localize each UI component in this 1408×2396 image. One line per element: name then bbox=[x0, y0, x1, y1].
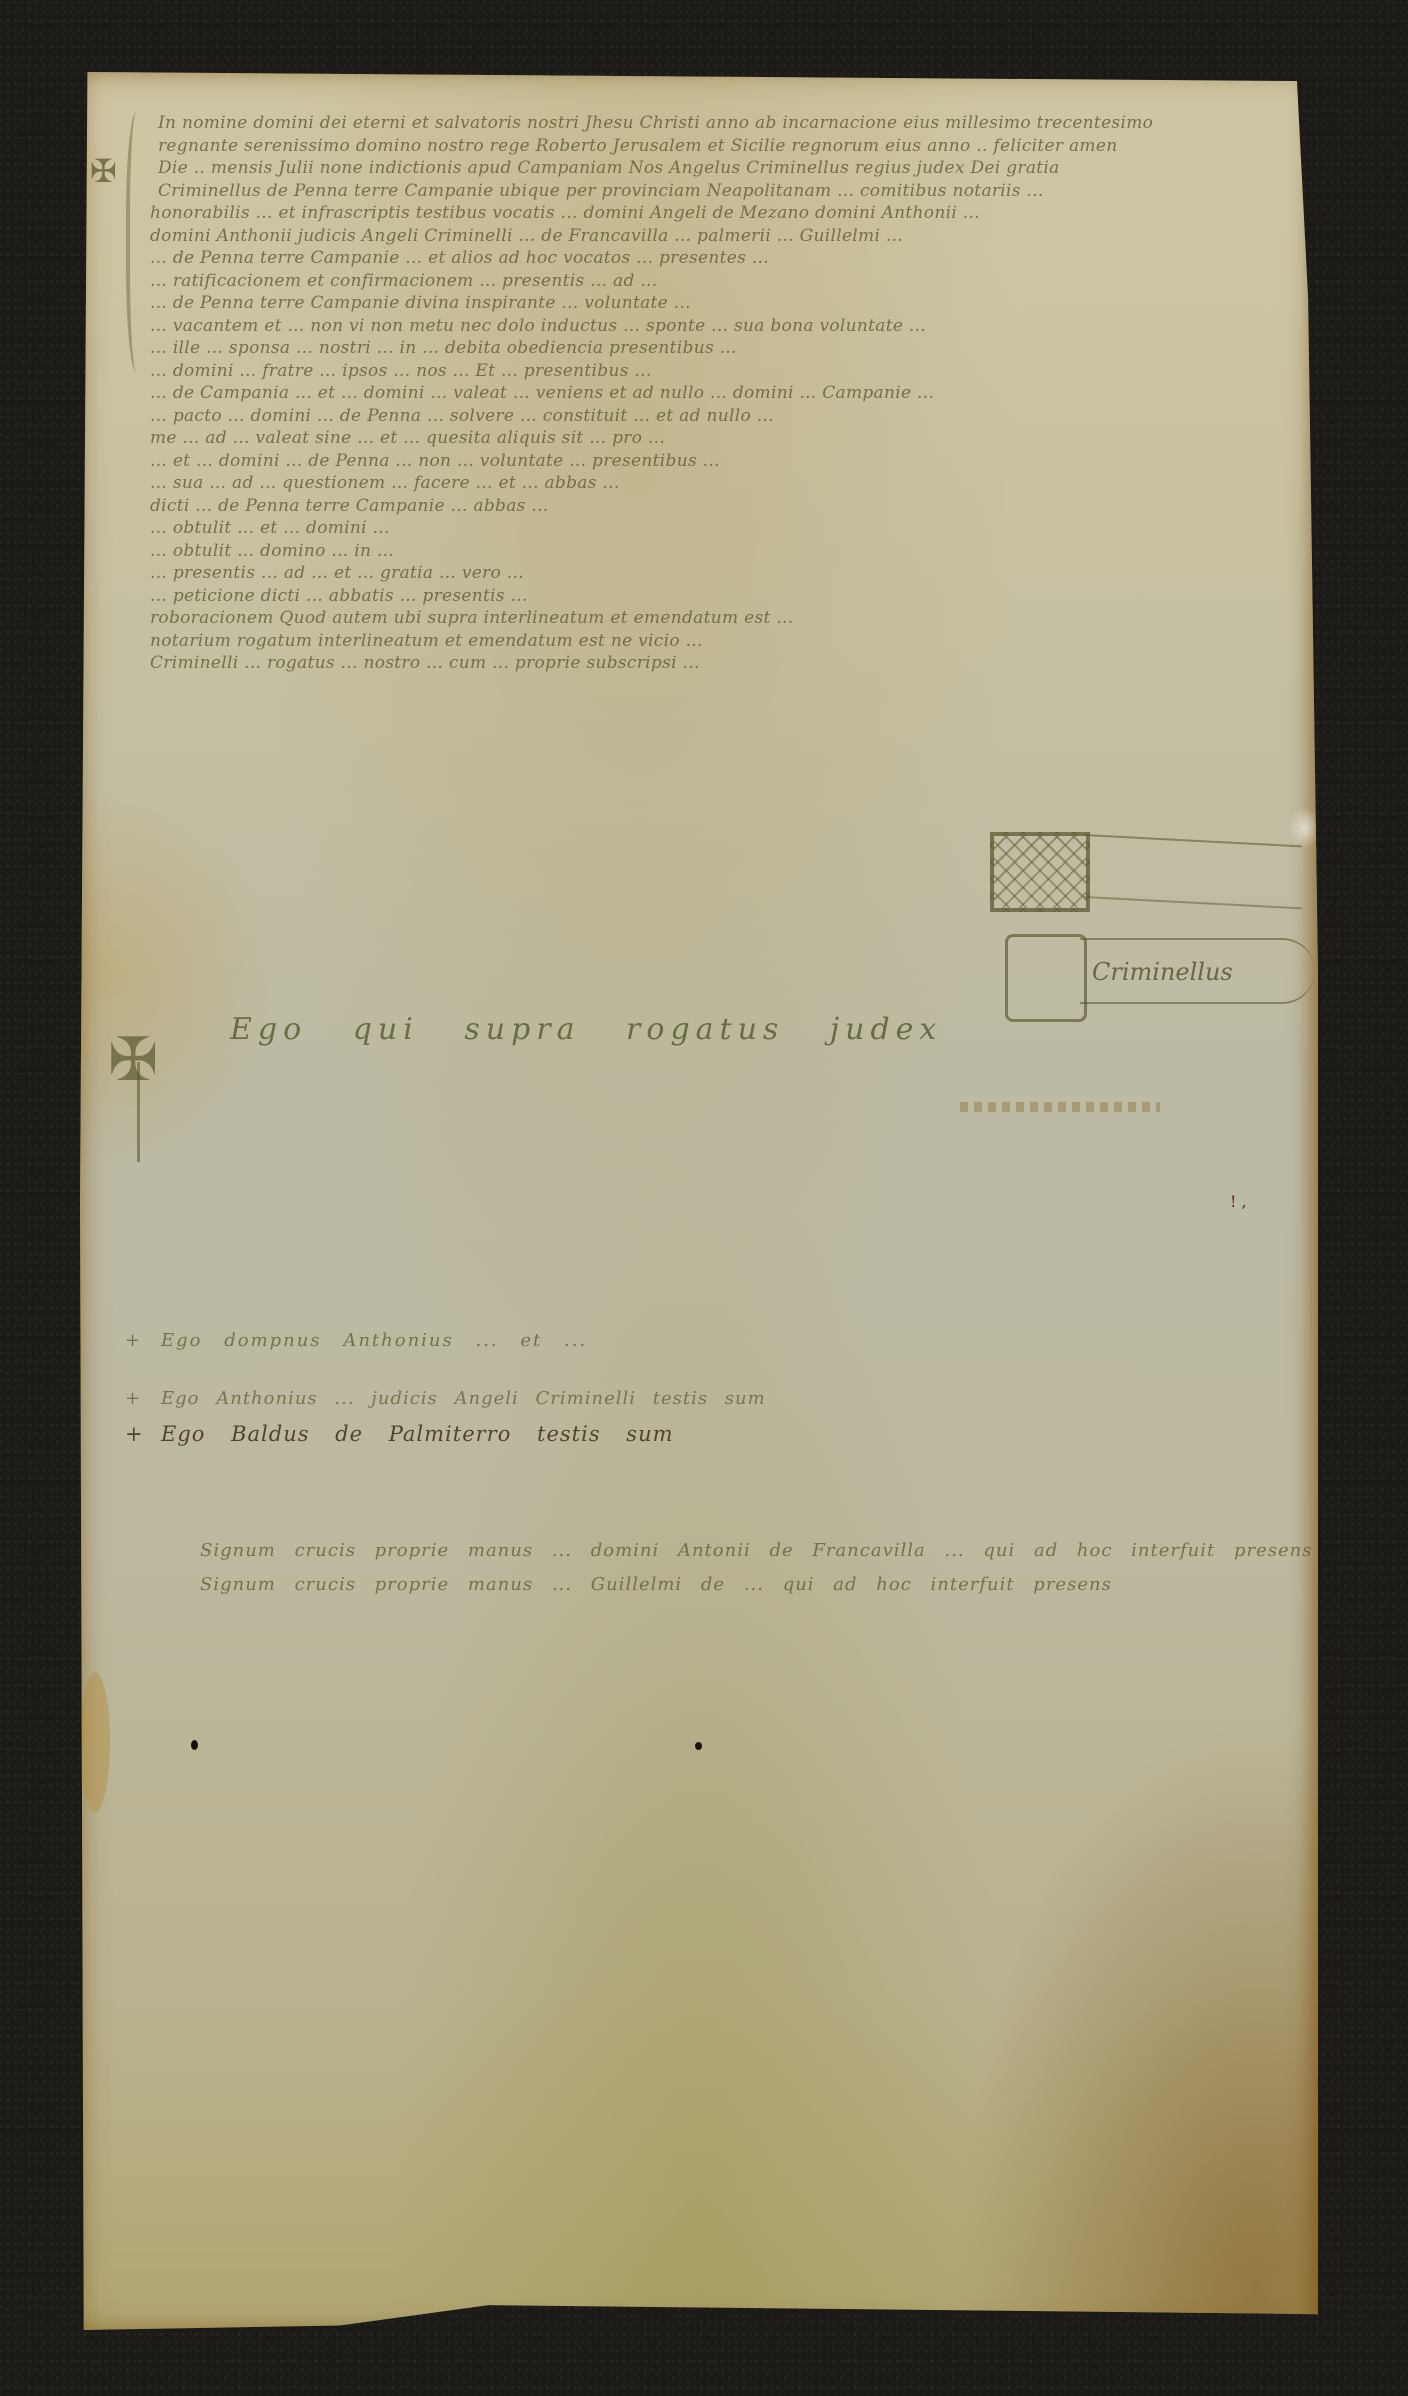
text-line: ... domini ... fratre ... ipsos ... nos … bbox=[130, 360, 1260, 383]
text-line: dicti ... de Penna terre Campanie ... ab… bbox=[130, 495, 1260, 518]
text-line: ... vacantem et ... non vi non metu nec … bbox=[130, 315, 1260, 338]
charter-body-text: In nomine domini dei eterni et salvatori… bbox=[130, 112, 1260, 675]
text-line: ... de Campania ... et ... domini ... va… bbox=[130, 382, 1260, 405]
witness-text: Ego Anthonius ... judicis Angeli Crimine… bbox=[161, 1388, 766, 1409]
witness-subscription: +Ego dompnus Anthonius ... et ... bbox=[125, 1330, 587, 1351]
text-line: ... et ... domini ... de Penna ... non .… bbox=[130, 450, 1260, 473]
cross-icon: + bbox=[125, 1330, 161, 1351]
text-line: roboracionem Quod autem ubi supra interl… bbox=[130, 607, 1260, 630]
witness-text: Ego dompnus Anthonius ... et ... bbox=[161, 1330, 587, 1351]
notarial-signum-box bbox=[990, 832, 1090, 912]
judge-subscription: Ego qui supra rogatus judex bbox=[230, 1012, 942, 1047]
ink-smudges bbox=[960, 1102, 1160, 1112]
text-line: ... ratificacionem et confirmacionem ...… bbox=[130, 270, 1260, 293]
text-line: notarium rogatum interlineatum et emenda… bbox=[130, 630, 1260, 653]
sign-of-cross-line: Signum crucis proprie manus ... domini A… bbox=[200, 1540, 1312, 1561]
ink-spot bbox=[695, 1742, 702, 1750]
text-line: Die .. mensis Julii none indictionis apu… bbox=[130, 157, 1260, 180]
text-line: Criminelli ... rogatus ... nostro ... cu… bbox=[130, 652, 1260, 675]
text-line: ... obtulit ... domino ... in ... bbox=[130, 540, 1260, 563]
ink-spot bbox=[191, 1740, 198, 1750]
text-line: ... de Penna terre Campanie divina inspi… bbox=[130, 292, 1260, 315]
notary-mark-stem bbox=[137, 1062, 140, 1162]
witness-text: Ego Baldus de Palmiterro testis sum bbox=[161, 1422, 674, 1446]
signum-name: Criminellus bbox=[1092, 958, 1233, 986]
text-line: ... peticione dicti ... abbatis ... pres… bbox=[130, 585, 1260, 608]
parchment-sheet: ✠ In nomine domini dei eterni et salvato… bbox=[80, 72, 1318, 2330]
witness-subscription: +Ego Baldus de Palmiterro testis sum bbox=[125, 1422, 674, 1446]
text-line: In nomine domini dei eterni et salvatori… bbox=[130, 112, 1260, 135]
sign-of-cross-line: Signum crucis proprie manus ... Guillelm… bbox=[200, 1574, 1112, 1595]
notary-mark-icon: ✠ bbox=[108, 1030, 158, 1090]
text-line: Criminellus de Penna terre Campanie ubiq… bbox=[130, 180, 1260, 203]
text-line: ... de Penna terre Campanie ... et alios… bbox=[130, 247, 1260, 270]
cross-icon: + bbox=[125, 1388, 161, 1409]
water-stain bbox=[80, 1672, 110, 1812]
text-line: ... sua ... ad ... questionem ... facere… bbox=[130, 472, 1260, 495]
text-line: honorabilis ... et infrascriptis testibu… bbox=[130, 202, 1260, 225]
parchment-abrasion bbox=[1288, 807, 1320, 849]
text-line: regnante serenissimo domino nostro rege … bbox=[130, 135, 1260, 158]
text-line: domini Anthonii judicis Angeli Criminell… bbox=[130, 225, 1260, 248]
text-line: ... presentis ... ad ... et ... gratia .… bbox=[130, 562, 1260, 585]
text-line: ... obtulit ... et ... domini ... bbox=[130, 517, 1260, 540]
text-line: me ... ad ... valeat sine ... et ... que… bbox=[130, 427, 1260, 450]
text-line: ... pacto ... domini ... de Penna ... so… bbox=[130, 405, 1260, 428]
text-line: ... ille ... sponsa ... nostri ... in ..… bbox=[130, 337, 1260, 360]
cross-icon: + bbox=[125, 1422, 161, 1446]
judge-signum-box bbox=[1005, 934, 1087, 1022]
witness-subscription: +Ego Anthonius ... judicis Angeli Crimin… bbox=[125, 1388, 766, 1409]
invocation-cross-icon: ✠ bbox=[90, 152, 117, 190]
stray-marks: ! , bbox=[1230, 1192, 1247, 1211]
signum-pennant bbox=[1084, 834, 1302, 909]
